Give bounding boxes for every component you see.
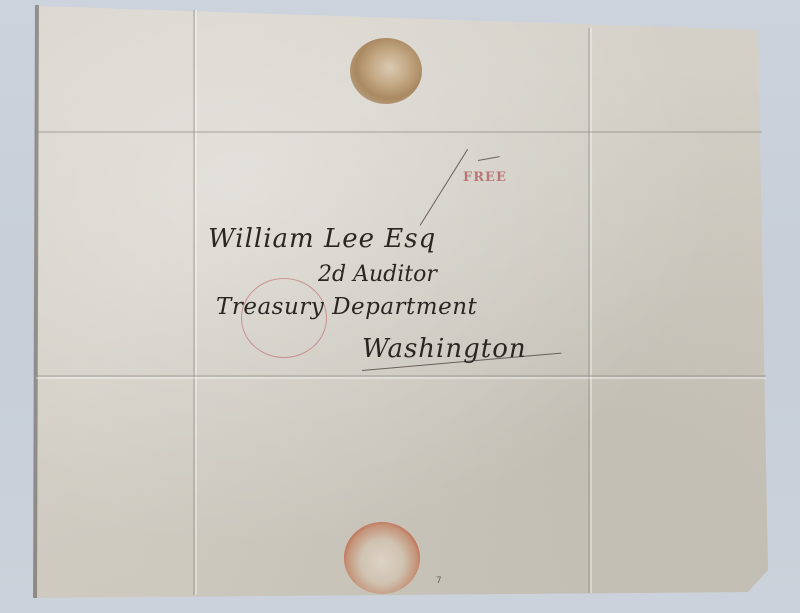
fold-vertical-left-highlight — [195, 10, 197, 595]
wax-seal-bottom — [344, 522, 420, 594]
pencil-note: 7 — [436, 576, 442, 586]
photo-frame: FREE William Lee Esq 2d Auditor Treasury… — [0, 0, 800, 613]
address-line-name: William Lee Esq — [208, 224, 436, 254]
free-rate-stamp: FREE — [463, 170, 507, 185]
fold-horizontal-bottom-highlight — [36, 377, 766, 379]
address-line-city: Washington — [362, 334, 527, 364]
fold-horizontal-top — [37, 131, 762, 133]
address-line-title: 2d Auditor — [318, 262, 437, 287]
address-line-department: Treasury Department — [216, 294, 477, 320]
fold-vertical-right-highlight — [590, 28, 592, 593]
wax-seal-top — [350, 38, 422, 104]
